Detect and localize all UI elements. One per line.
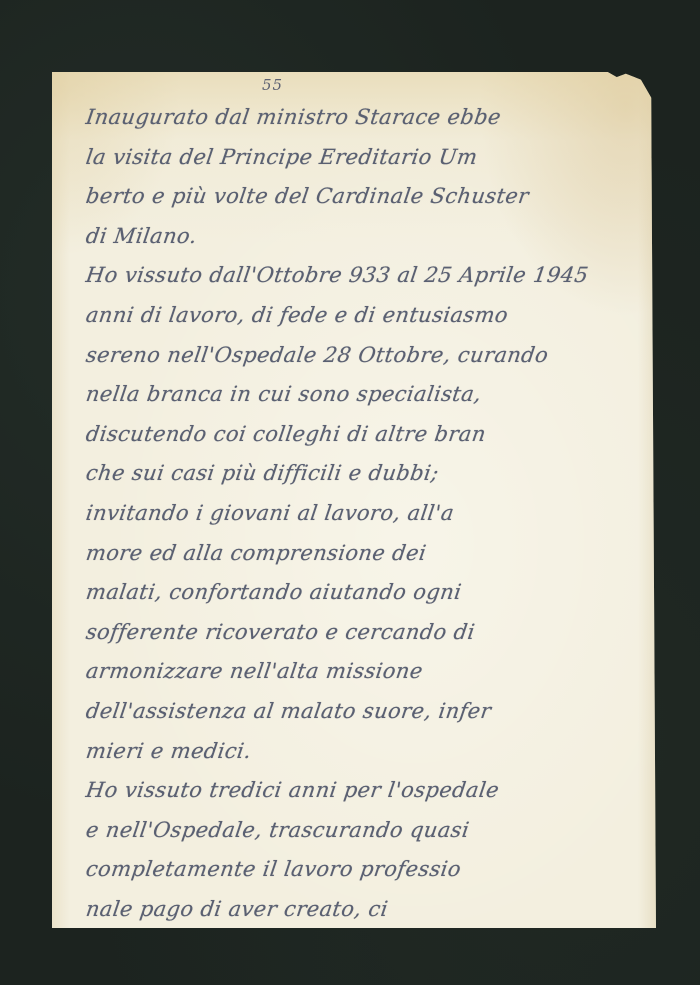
text-line: sereno nell'Ospedale 28 Ottobre, curando — [83, 336, 649, 376]
text-line: Ho vissuto dall'Ottobre 933 al 25 Aprile… — [83, 256, 649, 296]
text-line: e nell'Ospedale, trascurando quasi — [83, 811, 649, 851]
text-line: Ho vissuto tredici anni per l'ospedale — [83, 771, 649, 811]
text-line: sofferente ricoverato e cercando di — [83, 613, 649, 653]
text-line: mieri e medici. — [83, 732, 649, 772]
page-number: 55 — [262, 76, 283, 94]
handwritten-text-block: Inaugurato dal ministro Starace ebbe la … — [86, 98, 646, 929]
text-line: anni di lavoro, di fede e di entusiasmo — [83, 296, 649, 336]
text-line: more ed alla comprensione dei — [83, 534, 649, 574]
text-line: berto e più volte del Cardinale Schuster — [83, 177, 649, 217]
manuscript-page: 55 Inaugurato dal ministro Starace ebbe … — [52, 72, 656, 928]
text-line: completamente il lavoro professio — [83, 850, 649, 890]
text-line: dell'assistenza al malato suore, infer — [83, 692, 649, 732]
text-line: malati, confortando aiutando ogni — [83, 573, 649, 613]
text-line: discutendo coi colleghi di altre bran — [83, 415, 649, 455]
text-line: di Milano. — [83, 217, 649, 257]
text-line: nale pago di aver creato, ci — [83, 890, 649, 930]
text-line: la visita del Principe Ereditario Um — [83, 138, 649, 178]
text-line: Inaugurato dal ministro Starace ebbe — [83, 98, 649, 138]
text-line: invitando i giovani al lavoro, all'a — [83, 494, 649, 534]
text-line: che sui casi più difficili e dubbi; — [83, 454, 649, 494]
text-line: nella branca in cui sono specialista, — [83, 375, 649, 415]
text-line: armonizzare nell'alta missione — [83, 652, 649, 692]
